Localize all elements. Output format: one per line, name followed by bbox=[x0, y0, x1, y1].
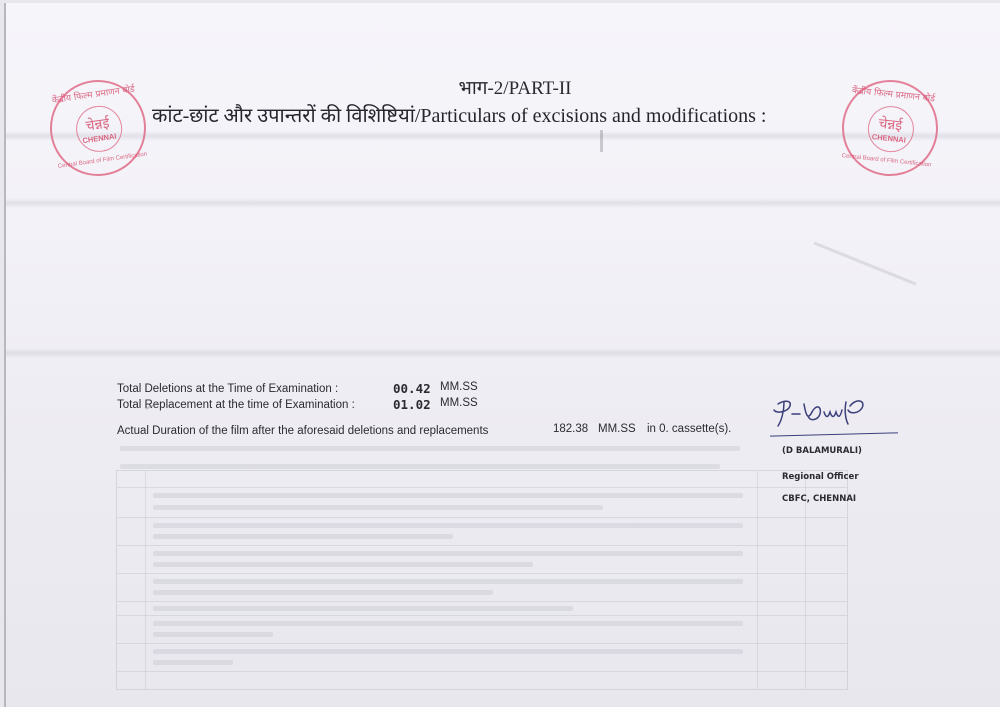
signature-icon bbox=[770, 392, 880, 430]
signatory-designation: Regional Officer bbox=[782, 472, 859, 482]
total-deletions-label: Total Deletions at the Time of Examinati… bbox=[117, 383, 338, 395]
show-through-table bbox=[116, 470, 848, 690]
total-replacement-unit: MM.SS bbox=[440, 397, 478, 409]
deletions-value: 00.42 bbox=[393, 381, 431, 396]
show-through-line bbox=[120, 446, 740, 451]
signatory-name: (D BALAMURALI) bbox=[782, 446, 862, 456]
actual-duration-value: 182.38 bbox=[553, 423, 588, 435]
actual-duration-unit: MM.SS bbox=[598, 423, 636, 435]
total-deletions-unit: MM.SS bbox=[440, 381, 478, 393]
section-heading: कांट-छांट और उपान्तरों की विशिष्टियां/Pa… bbox=[152, 101, 766, 128]
actual-duration-label: Actual Duration of the film after the af… bbox=[117, 425, 488, 437]
total-replacement-value: 01.02 bbox=[393, 397, 431, 412]
total-deletions-value: 00.42 bbox=[393, 381, 431, 396]
show-through-line bbox=[120, 464, 720, 469]
signatory-office: CBFC, CHENNAI bbox=[782, 494, 856, 504]
cassette-count: in 0. cassette(s). bbox=[647, 423, 731, 435]
replacement-value: 01.02 bbox=[393, 397, 431, 412]
paper-fold bbox=[6, 348, 1000, 358]
paper-mark bbox=[600, 130, 603, 152]
paper-fold bbox=[6, 198, 1000, 208]
part-title: भाग-2/PART-II bbox=[0, 74, 1000, 100]
